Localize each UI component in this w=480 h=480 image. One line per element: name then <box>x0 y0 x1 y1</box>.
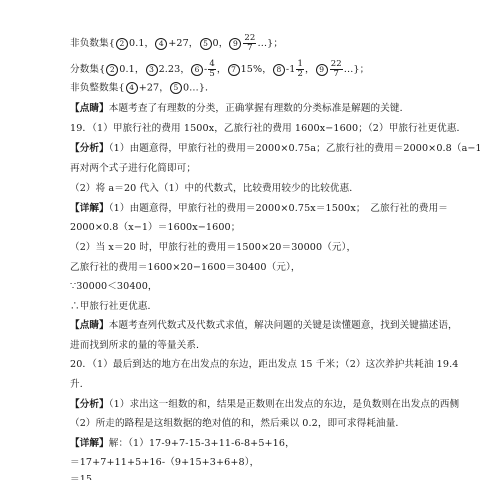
analysis-text: （1）由题意得，甲旅行社的费用＝2000×0.75a；乙旅行社的费用＝2000×… <box>109 143 480 154</box>
value: ， <box>217 64 227 75</box>
section-tag: 【分析】 <box>70 143 109 154</box>
value: +27， <box>168 38 198 49</box>
nonnegative-set-line: 非负数集{20.1，4+27，50，9227…}； <box>70 34 283 53</box>
section-tag: 【点睛】 <box>70 103 109 114</box>
analysis-line: 【分析】（1）由题意得，甲旅行社的费用＝2000×0.75a；乙旅行社的费用＝2… <box>70 143 480 155</box>
analysis-line: 【分析】（1）求出这一组数的和，结果是正数则在出发点的东边，是负数则在出发点的西… <box>70 399 459 411</box>
section-tag: 【点睛】 <box>70 320 109 331</box>
text-line: （2）将 a＝20 代入（1）中的代数式，比较费用较少的比较优惠． <box>70 183 359 195</box>
comment-line: 【点睛】本题考查了有理数的分类，正确掌握有理数的分类标准是解题的关键． <box>70 103 409 115</box>
value: 0…}． <box>183 83 215 94</box>
circled-number: 2 <box>106 64 118 76</box>
label: 非负数集{ <box>70 38 115 49</box>
fraction-set-line: 分数集{20.1，32.23，6-45，715%，8-112，9227…}； <box>70 60 369 79</box>
comment-text: 本题考查了有理数的分类，正确掌握有理数的分类标准是解题的关键． <box>109 103 410 114</box>
circled-number: 9 <box>229 38 241 50</box>
denominator: 2 <box>296 70 304 79</box>
question-19-answer: 19．（1）甲旅行社的费用 1500x，乙旅行社的费用 1600x−1600；（… <box>70 123 466 135</box>
text-line: 进而找到所求的量的等量关系． <box>70 340 206 352</box>
denominator: 7 <box>330 70 343 79</box>
document-page: 非负数集{20.1，4+27，50，9227…}； 分数集{20.1，32.23… <box>0 0 480 480</box>
circled-number: 3 <box>146 64 158 76</box>
value: - <box>204 64 207 75</box>
circled-number: 4 <box>155 38 167 50</box>
circled-number: 8 <box>273 64 285 76</box>
value: +27， <box>139 83 169 94</box>
fraction: 45 <box>208 60 216 79</box>
text-line: 2000×0.8（x−1）＝1600x−1600； <box>70 222 240 234</box>
circled-number: 4 <box>126 82 138 94</box>
text-line: 升． <box>70 379 89 391</box>
fraction: 227 <box>243 34 256 53</box>
comment-line: 【点睛】本题考查列代数式及代数式求值，解决问题的关键是读懂题意，找到关键描述语， <box>70 320 458 332</box>
analysis-text: （1）求出这一组数的和，结果是正数则在出发点的东边，是负数则在出发点的西侧 <box>109 399 459 410</box>
value: …}； <box>257 38 283 49</box>
text-line: ＝17+7+11+5+16-（9+15+3+6+8）， <box>70 457 259 469</box>
value: 0.1， <box>119 64 144 75</box>
question-20-answer: 20．（1）最后到达的地方在出发点的东边，距出发点 15 千米；（2）这次养护共… <box>70 359 458 371</box>
text-line: ＝15， <box>70 474 102 480</box>
solution-text: （1）由题意得，甲旅行社的费用＝2000×0.75x＝1500x； 乙旅行社的费… <box>109 203 448 214</box>
denominator: 7 <box>243 44 256 53</box>
value: 0.1， <box>129 38 154 49</box>
section-tag: 【分析】 <box>70 399 109 410</box>
text-line: ∵30000＜30400， <box>70 281 158 293</box>
circled-number: 5 <box>200 38 212 50</box>
circled-number: 6 <box>191 64 203 76</box>
value: 0， <box>213 38 229 49</box>
text-line: ∴甲旅行社更优惠． <box>70 301 157 313</box>
value: 2.23， <box>159 64 190 75</box>
circled-number: 5 <box>170 82 182 94</box>
label: 分数集{ <box>70 64 105 75</box>
section-tag: 【详解】 <box>70 203 109 214</box>
circled-number: 9 <box>316 64 328 76</box>
text-line: 乙旅行社的费用＝1600×20−1600＝30400（元）， <box>70 262 301 274</box>
label: 非负整数集{ <box>70 83 125 94</box>
solution-line: 【详解】解：（1）17-9+7-15-3+11-6-8+5+16， <box>70 438 295 450</box>
value: …}； <box>344 64 370 75</box>
comment-text: 本题考查列代数式及代数式求值，解决问题的关键是读懂题意，找到关键描述语， <box>109 320 458 331</box>
solution-line: 【详解】（1）由题意得，甲旅行社的费用＝2000×0.75x＝1500x； 乙旅… <box>70 203 448 215</box>
solution-text: 解：（1）17-9+7-15-3+11-6-8+5+16， <box>109 438 295 449</box>
value: ， <box>305 64 315 75</box>
fraction: 227 <box>330 60 343 79</box>
value: 15%， <box>241 64 272 75</box>
nonnegative-integer-set-line: 非负整数集{4+27，50…}． <box>70 82 215 95</box>
text-line: （2）所走的路程是这组数据的绝对值的和，然后乘以 0.2，即可求得耗油量． <box>70 418 405 430</box>
text-line: 再对两个式子进行化简即可； <box>70 163 196 175</box>
circled-number: 7 <box>228 64 240 76</box>
value: -1 <box>286 64 296 75</box>
fraction: 12 <box>296 60 304 79</box>
denominator: 5 <box>208 70 216 79</box>
circled-number: 2 <box>116 38 128 50</box>
text-line: （2）当 x＝20 时，甲旅行社的费用＝1500×20＝30000（元）， <box>70 242 356 254</box>
section-tag: 【详解】 <box>70 438 109 449</box>
